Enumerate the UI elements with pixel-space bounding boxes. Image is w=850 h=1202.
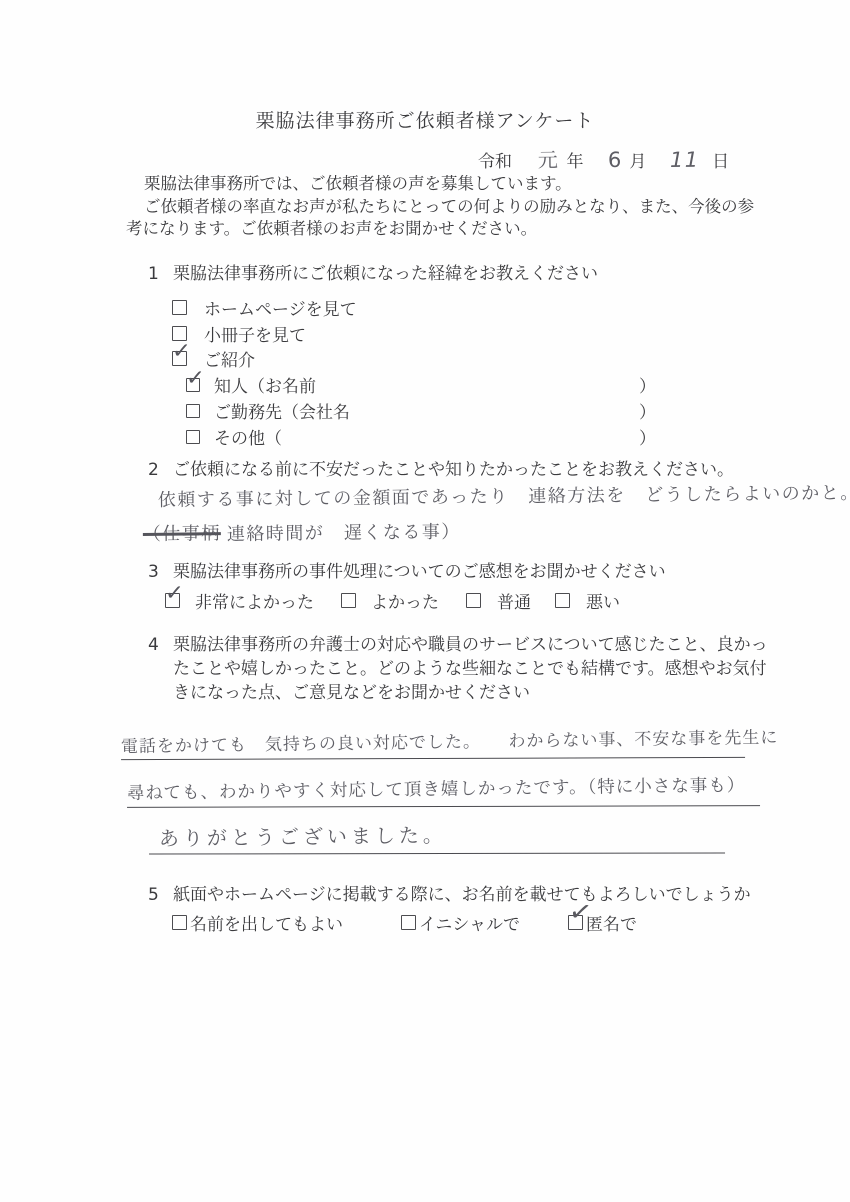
checkbox-initials[interactable]: ✓ (401, 915, 416, 930)
era-label: 令和 (478, 147, 512, 172)
close-paren: ） (639, 424, 656, 449)
checkbox-very-good[interactable]: ✓ (165, 593, 180, 608)
option-referral-label: ご紹介 (204, 346, 255, 371)
intro-paragraph-2: ご依頼者様の率直なお声が私たちにとっての何よりの励みとなり、また、今後の参考にな… (126, 196, 758, 241)
question-4-number: 4 (148, 633, 173, 705)
question-2-heading: 2 ご依頼になる前に不安だったことや知りたかったことをお教えください。 (148, 458, 808, 482)
handwritten-answer-q2-line1: 依頼する事に対しての金額面であったり 連絡方法を どうしたらよいのかと。 (158, 486, 850, 512)
option-homepage-label: ホームページを見て (204, 295, 357, 320)
checkmark-icon: ✓ (567, 898, 594, 928)
question-5-options: ✓ 名前を出してもよい ✓ イニシャルで ✓ 匿名で (172, 910, 637, 935)
checkbox-good[interactable]: ✓ (341, 593, 356, 608)
checkmark-icon: ✓ (171, 341, 191, 364)
option-good-label: よかった (371, 588, 439, 613)
question-1-heading: 1 栗脇法律事務所にご依頼になった経緯をお教えください (148, 262, 788, 286)
checkbox-show-name[interactable]: ✓ (172, 915, 187, 930)
question-1-number: 1 (148, 262, 173, 286)
handwritten-answer-q4-line1: 電話をかけても 気持ちの良い対応でした。 わからない事、不安な事を先生に (121, 721, 745, 760)
question-4-text: 栗脇法律事務所の弁護士の対応や職員のサービスについて感じたこと、良かったことや嬉… (173, 633, 776, 705)
day-value-handwritten: 11 (670, 148, 700, 172)
option-other: ✓ その他（ ） (186, 424, 656, 449)
option-anonymous-label: 匿名で (586, 910, 637, 935)
intro-text: 栗脇法律事務所では、ご依頼者様の声を募集しています。 ご依頼者様の率直なお声が私… (126, 173, 758, 241)
month-unit-label: 月 (629, 147, 646, 172)
question-5-heading: 5 紙面やホームページに掲載する際に、お名前を載せてもよろしいでしょうか (148, 883, 808, 907)
checkbox-referral[interactable]: ✓ (172, 351, 187, 366)
option-very-good-label: 非常によかった (195, 588, 314, 613)
day-unit-label: 日 (712, 147, 729, 172)
option-other-label: その他（ (214, 424, 282, 449)
checkbox-workplace[interactable]: ✓ (186, 404, 200, 418)
handwritten-answer-q4-line3: ありがとうございました。 (149, 815, 725, 854)
option-acquaintance-label: 知人（お名前 (214, 372, 316, 397)
form-title: 栗脇法律事務所ご依頼者様アンケート (0, 106, 850, 133)
option-booklet: ✓ 小冊子を見て (172, 321, 306, 346)
option-acquaintance: ✓ 知人（お名前 ） (186, 372, 656, 397)
question-2-number: 2 (148, 458, 173, 482)
checkbox-homepage[interactable]: ✓ (172, 300, 187, 315)
year-value-handwritten: 元 (538, 144, 560, 173)
option-homepage: ✓ ホームページを見て (172, 295, 357, 320)
option-show-name-label: 名前を出してもよい (190, 910, 343, 935)
checkbox-anonymous[interactable]: ✓ (568, 915, 583, 930)
question-4-heading: 4 栗脇法律事務所の弁護士の対応や職員のサービスについて感じたこと、良かったこと… (148, 633, 776, 705)
checkmark-icon: ✓ (164, 583, 184, 606)
close-paren: ） (639, 398, 656, 423)
checkbox-bad[interactable]: ✓ (555, 593, 570, 608)
option-referral: ✓ ご紹介 (172, 346, 255, 371)
option-initials-label: イニシャルで (419, 910, 520, 935)
checkmark-icon: ✓ (185, 367, 205, 390)
intro-paragraph-1: 栗脇法律事務所では、ご依頼者様の声を募集しています。 (126, 173, 758, 196)
date-line: 令和 元 年 6 月 11 日 (478, 144, 729, 173)
close-paren: ） (639, 372, 656, 397)
question-5-number: 5 (148, 883, 173, 907)
question-2-text: ご依頼になる前に不安だったことや知りたかったことをお教えください。 (173, 458, 808, 482)
question-3-heading: 3 栗脇法律事務所の事件処理についてのご感想をお聞かせください (148, 560, 808, 584)
year-unit-label: 年 (567, 147, 584, 172)
scanned-questionnaire-page: 栗脇法律事務所ご依頼者様アンケート 令和 元 年 6 月 11 日 栗脇法律事務… (0, 0, 850, 1202)
handwritten-answer-q4-line2: 尋ねても、わかりやすく対応して頂き嬉しかったです。（特に小さな事も） (127, 769, 760, 808)
question-3-options: ✓ 非常によかった ✓ よかった ✓ 普通 ✓ 悪い (165, 588, 620, 613)
option-workplace-label: ご勤務先（会社名 (214, 398, 350, 423)
option-workplace: ✓ ご勤務先（会社名 ） (186, 398, 656, 423)
struck-out-text: （仕事柄 (143, 519, 221, 546)
handwritten-answer-q2-line2: （仕事柄連絡時間が 遅くなる事） (143, 520, 461, 546)
option-normal-label: 普通 (497, 588, 531, 613)
option-booklet-label: 小冊子を見て (204, 321, 306, 346)
question-5-text: 紙面やホームページに掲載する際に、お名前を載せてもよろしいでしょうか (173, 883, 808, 907)
option-bad-label: 悪い (586, 588, 620, 613)
question-3-text: 栗脇法律事務所の事件処理についてのご感想をお聞かせください (173, 560, 808, 584)
month-value-handwritten: 6 (607, 148, 622, 172)
question-1-text: 栗脇法律事務所にご依頼になった経緯をお教えください (173, 262, 788, 286)
checkbox-acquaintance[interactable]: ✓ (186, 378, 200, 392)
checkbox-normal[interactable]: ✓ (466, 593, 481, 608)
checkbox-other[interactable]: ✓ (186, 430, 200, 444)
